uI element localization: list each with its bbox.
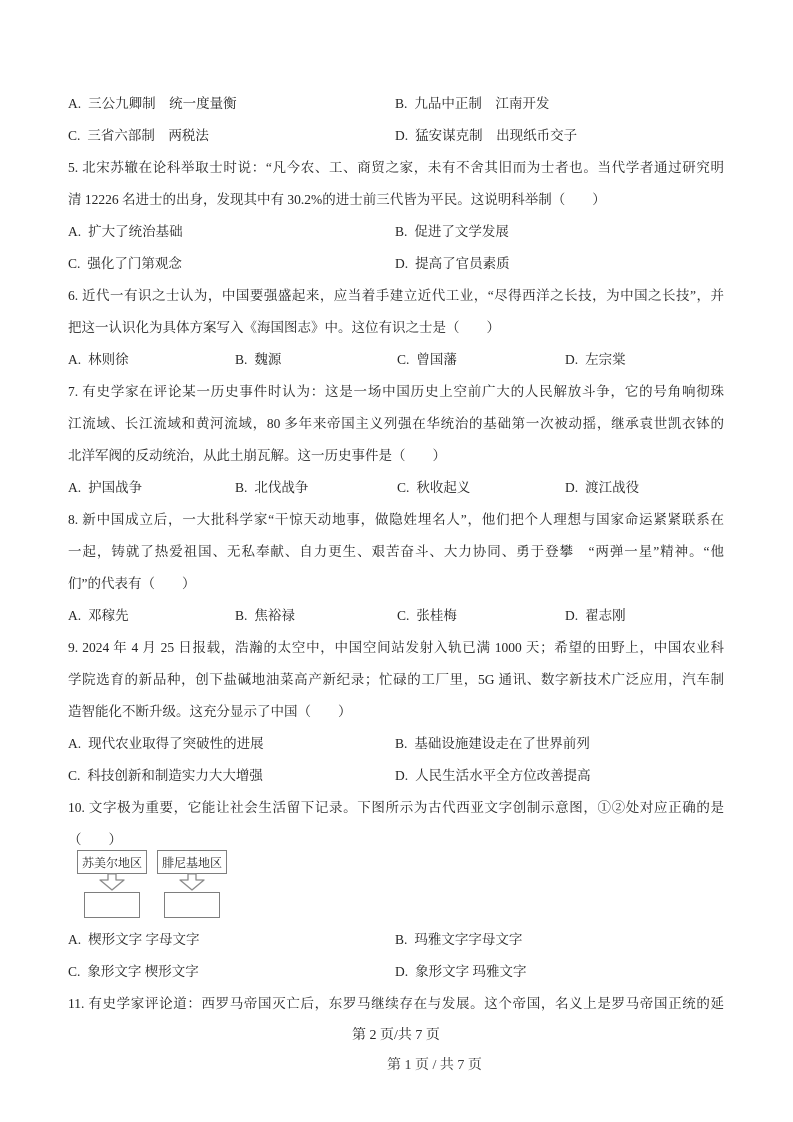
option-text: 翟志刚 [585, 608, 626, 623]
q6-options: A.林则徐 B.魏源 C.曾国藩 D.左宗棠 [68, 344, 724, 376]
option-label: B. [235, 480, 247, 495]
option-label: B. [395, 224, 407, 239]
q6-option-a: A.林则徐 [68, 344, 235, 376]
option-label: B. [235, 352, 247, 367]
option-text: 九品中正制 江南开发 [414, 96, 549, 111]
q8-options: A.邓稼先 B.焦裕禄 C.张桂梅 D.翟志刚 [68, 600, 724, 632]
q10-option-c: C.象形文字 楔形文字 [68, 956, 395, 988]
option-text: 林则徐 [88, 352, 129, 367]
q4-option-c: C.三省六部制 两税法 [68, 120, 395, 152]
option-text: 扩大了统治基础 [88, 224, 183, 239]
q7-stem: 7. 有史学家在评论某一历史事件时认为：这是一场中国历史上空前广大的人民解放斗争… [68, 376, 724, 472]
q5-stem-line-1: 5. 北宋苏辙在论科举取士时说：“凡今农、工、商贸之家，未有不舍其旧而为士者也。… [68, 152, 724, 184]
option-label: B. [235, 608, 247, 623]
option-text: 焦裕禄 [254, 608, 295, 623]
q8-option-c: C.张桂梅 [397, 600, 565, 632]
option-text: 魏源 [254, 352, 281, 367]
q5-stem: 5. 北宋苏辙在论科举取士时说：“凡今农、工、商贸之家，未有不舍其旧而为士者也。… [68, 152, 724, 216]
option-text: 北伐战争 [254, 480, 308, 495]
q9-option-b: B.基础设施建设走在了世界前列 [395, 728, 724, 760]
option-text: 现代农业取得了突破性的进展 [88, 736, 264, 751]
page-content: A.三公九卿制 统一度量衡 B.九品中正制 江南开发 C.三省六部制 两税法 D… [68, 88, 724, 1020]
q8-stem-line-1: 8. 新中国成立后，一大批科学家“干惊天动地事，做隐姓埋名人”，他们把个人理想与… [68, 504, 724, 536]
option-text: 三省六部制 两税法 [87, 128, 209, 143]
q6-stem-line-1: 6. 近代一有识之士认为，中国要强盛起来，应当着手建立近代工业，“尽得西洋之长技… [68, 280, 724, 312]
document-page: A.三公九卿制 统一度量衡 B.九品中正制 江南开发 C.三省六部制 两税法 D… [0, 0, 793, 1122]
option-text: 楔形文字 字母文字 [88, 932, 199, 947]
option-text: 人民生活水平全方位改善提高 [415, 768, 591, 783]
option-label: D. [395, 128, 408, 143]
option-label: A. [68, 608, 81, 623]
q8-option-d: D.翟志刚 [565, 600, 724, 632]
q10-options: A.楔形文字 字母文字 B.玛雅文字字母文字 C.象形文字 楔形文字 D.象形文… [68, 924, 724, 988]
q4-option-d: D.猛安谋克制 出现纸币交子 [395, 120, 724, 152]
option-label: A. [68, 96, 81, 111]
option-text: 曾国藩 [416, 352, 457, 367]
q9-stem-line-2: 学院选育的新品种，创下盐碱地油菜高产新纪录；忙碌的工厂里，5G 通讯、数字新技术… [68, 664, 724, 696]
q10-option-b: B.玛雅文字字母文字 [395, 924, 724, 956]
option-text: 提高了官员素质 [415, 256, 510, 271]
option-text: 象形文字 楔形文字 [87, 964, 198, 979]
scan-page-number: 第 2 页/共 7 页 [68, 1026, 724, 1046]
q7-option-b: B.北伐战争 [235, 472, 397, 504]
q7-option-d: D.渡江战役 [565, 472, 724, 504]
q10-stem: 10. 文字极为重要，它能让社会生活留下记录。下图所示为古代西亚文字创制示意图，… [68, 792, 724, 856]
q11-stem: 11. 有史学家评论道：西罗马帝国灭亡后，东罗马继续存在与发展。这个帝国，名义上… [68, 988, 724, 1020]
sumer-column: 苏美尔地区 [77, 850, 147, 918]
option-label: B. [395, 96, 407, 111]
q6-stem-line-2: 把这一认识化为具体方案写入《海国图志》中。这位有识之士是（ ） [68, 312, 724, 344]
option-label: C. [68, 964, 80, 979]
option-text: 秋收起义 [416, 480, 470, 495]
option-text: 促进了文学发展 [414, 224, 509, 239]
q7-options: A.护国战争 B.北伐战争 C.秋收起义 D.渡江战役 [68, 472, 724, 504]
q8-option-a: A.邓稼先 [68, 600, 235, 632]
option-label: B. [395, 736, 407, 751]
option-label: A. [68, 352, 81, 367]
option-label: D. [395, 768, 408, 783]
option-label: B. [395, 932, 407, 947]
option-label: C. [68, 256, 80, 271]
q6-option-c: C.曾国藩 [397, 344, 565, 376]
q5-options: A.扩大了统治基础 B.促进了文学发展 C.强化了门第观念 D.提高了官员素质 [68, 216, 724, 280]
option-text: 护国战争 [88, 480, 142, 495]
q7-option-a: A.护国战争 [68, 472, 235, 504]
q10-option-a: A.楔形文字 字母文字 [68, 924, 395, 956]
q4-option-b: B.九品中正制 江南开发 [395, 88, 724, 120]
q5-option-a: A.扩大了统治基础 [68, 216, 395, 248]
q5-option-d: D.提高了官员素质 [395, 248, 724, 280]
q9-option-a: A.现代农业取得了突破性的进展 [68, 728, 395, 760]
option-label: A. [68, 736, 81, 751]
q4-options: A.三公九卿制 统一度量衡 B.九品中正制 江南开发 C.三省六部制 两税法 D… [68, 88, 724, 152]
phoenicia-region-box: 腓尼基地区 [157, 850, 227, 874]
q9-stem: 9. 2024 年 4 月 25 日报载，浩瀚的太空中，中国空间站发射入轨已满 … [68, 632, 724, 728]
option-label: D. [565, 352, 578, 367]
phoenicia-column: 腓尼基地区 [157, 850, 227, 918]
option-label: C. [397, 608, 409, 623]
q8-stem: 8. 新中国成立后，一大批科学家“干惊天动地事，做隐姓埋名人”，他们把个人理想与… [68, 504, 724, 600]
q10-option-d: D.象形文字 玛雅文字 [395, 956, 724, 988]
q10-script-diagram: 苏美尔地区 腓尼基地区 [68, 850, 724, 924]
down-block-arrow-icon [97, 873, 127, 891]
option-text: 强化了门第观念 [87, 256, 182, 271]
q5-option-c: C.强化了门第观念 [68, 248, 395, 280]
option-label: C. [68, 128, 80, 143]
q8-stem-line-3: 们”的代表有（ ） [68, 568, 724, 600]
option-text: 三公九卿制 统一度量衡 [88, 96, 237, 111]
option-label: D. [565, 608, 578, 623]
option-text: 张桂梅 [416, 608, 457, 623]
option-label: D. [395, 964, 408, 979]
option-text: 玛雅文字字母文字 [414, 932, 522, 947]
answer-blank-box-1 [84, 892, 140, 918]
q5-option-b: B.促进了文学发展 [395, 216, 724, 248]
option-text: 象形文字 玛雅文字 [415, 964, 526, 979]
option-text: 左宗棠 [585, 352, 626, 367]
option-label: C. [397, 480, 409, 495]
q11-stem-line-1: 11. 有史学家评论道：西罗马帝国灭亡后，东罗马继续存在与发展。这个帝国，名义上… [68, 988, 724, 1020]
option-text: 基础设施建设走在了世界前列 [414, 736, 590, 751]
q8-option-b: B.焦裕禄 [235, 600, 397, 632]
q7-option-c: C.秋收起义 [397, 472, 565, 504]
q9-stem-line-1: 9. 2024 年 4 月 25 日报载，浩瀚的太空中，中国空间站发射入轨已满 … [68, 632, 724, 664]
q4-option-a: A.三公九卿制 统一度量衡 [68, 88, 395, 120]
option-label: A. [68, 932, 81, 947]
option-label: C. [68, 768, 80, 783]
option-text: 渡江战役 [585, 480, 639, 495]
viewer-page-number-text: 第 1 页 / 共 7 页 [387, 1058, 482, 1073]
option-text: 邓稼先 [88, 608, 129, 623]
option-label: D. [565, 480, 578, 495]
q7-stem-line-2: 江流域、长江流域和黄河流域，80 多年来帝国主义列强在华统治的基础第一次被动摇，… [68, 408, 724, 440]
sumer-region-box: 苏美尔地区 [77, 850, 147, 874]
q6-stem: 6. 近代一有识之士认为，中国要强盛起来，应当着手建立近代工业，“尽得西洋之长技… [68, 280, 724, 344]
q6-option-d: D.左宗棠 [565, 344, 724, 376]
answer-blank-box-2 [164, 892, 220, 918]
option-text: 猛安谋克制 出现纸币交子 [415, 128, 577, 143]
q7-stem-line-3: 北洋军阀的反动统治，从此土崩瓦解。这一历史事件是（ ） [68, 440, 724, 472]
q9-option-c: C.科技创新和制造实力大大增强 [68, 760, 395, 792]
option-label: A. [68, 480, 81, 495]
q9-option-d: D.人民生活水平全方位改善提高 [395, 760, 724, 792]
option-label: D. [395, 256, 408, 271]
q9-options: A.现代农业取得了突破性的进展 B.基础设施建设走在了世界前列 C.科技创新和制… [68, 728, 724, 792]
option-label: C. [397, 352, 409, 367]
q5-stem-line-2: 清 12226 名进士的出身，发现其中有 30.2%的进士前三代皆为平民。这说明… [68, 184, 724, 216]
q8-stem-line-2: 一起，铸就了热爱祖国、无私奉献、自力更生、艰苦奋斗、大力协同、勇于登攀 “两弹一… [68, 536, 724, 568]
q6-option-b: B.魏源 [235, 344, 397, 376]
option-label: A. [68, 224, 81, 239]
option-text: 科技创新和制造实力大大增强 [87, 768, 263, 783]
down-block-arrow-icon [177, 873, 207, 891]
viewer-page-number: 第 1 页 / 共 7 页 [0, 1056, 793, 1076]
q9-stem-line-3: 造智能化不断升级。这充分显示了中国（ ） [68, 696, 724, 728]
q7-stem-line-1: 7. 有史学家在评论某一历史事件时认为：这是一场中国历史上空前广大的人民解放斗争… [68, 376, 724, 408]
q10-stem-line-1: 10. 文字极为重要，它能让社会生活留下记录。下图所示为古代西亚文字创制示意图，… [68, 792, 724, 824]
